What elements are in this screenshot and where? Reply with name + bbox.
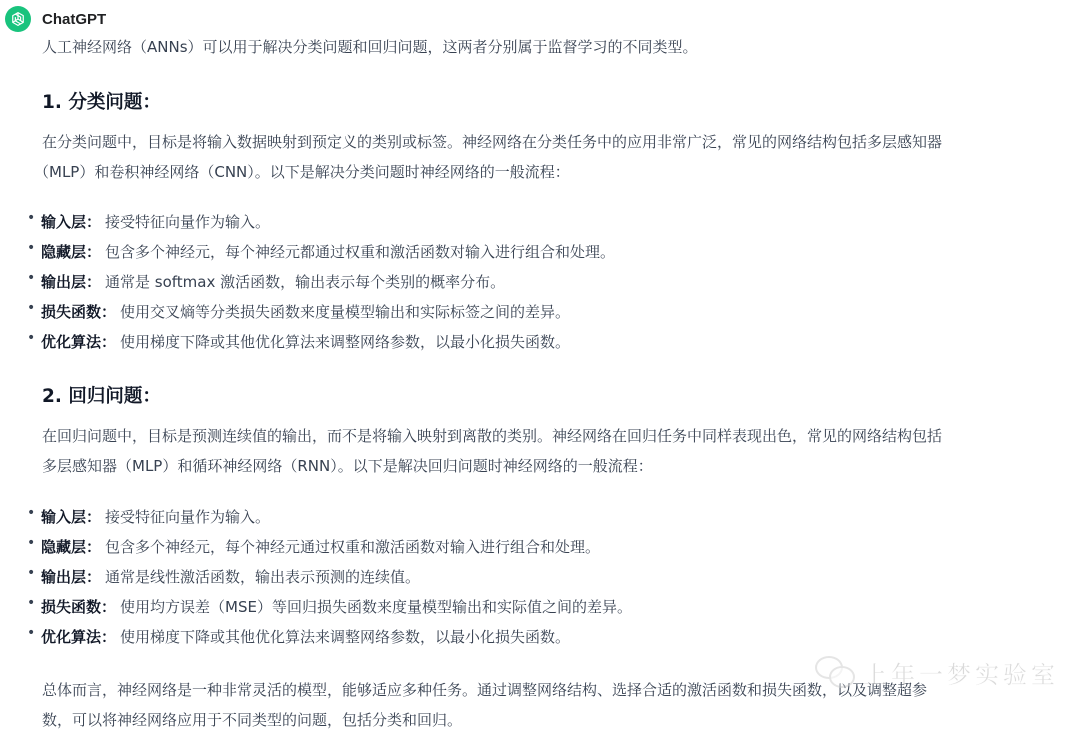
list-item: • 损失函数： 使用均方误差（MSE）等回归损失函数来度量模型输出和实际值之间的… [27, 592, 632, 622]
section-paragraph-line: 在分类问题中，目标是将输入数据映射到预定义的类别或标签。神经网络在分类任务中的应… [42, 127, 942, 157]
author-name: ChatGPT [42, 11, 106, 28]
list-item-label: 输入层： [41, 207, 101, 237]
list-item: • 输入层： 接受特征向量作为输入。 [27, 502, 270, 532]
list-item: • 优化算法： 使用梯度下降或其他优化算法来调整网络参数，以最小化损失函数。 [27, 327, 570, 357]
list-item: • 输入层： 接受特征向量作为输入。 [27, 207, 270, 237]
bullet-icon: • [27, 263, 41, 293]
intro-paragraph: 人工神经网络（ANNs）可以用于解决分类问题和回归问题，这两者分别属于监督学习的… [42, 32, 698, 62]
section-heading-regression: 2. 回归问题： [42, 382, 161, 412]
list-item: • 输出层： 通常是 softmax 激活函数，输出表示每个类别的概率分布。 [27, 267, 505, 297]
list-item-text: 通常是线性激活函数，输出表示预测的连续值。 [105, 562, 420, 592]
list-item-label: 隐藏层： [41, 532, 101, 562]
list-item-text: 使用梯度下降或其他优化算法来调整网络参数，以最小化损失函数。 [120, 622, 570, 652]
list-item-text: 包含多个神经元，每个神经元通过权重和激活函数对输入进行组合和处理。 [105, 532, 600, 562]
bullet-icon: • [27, 203, 41, 233]
conclusion-paragraph-line: 数，可以将神经网络应用于不同类型的问题，包括分类和回归。 [42, 705, 462, 730]
list-item: • 隐藏层： 包含多个神经元，每个神经元都通过权重和激活函数对输入进行组合和处理… [27, 237, 615, 267]
list-item-text: 使用梯度下降或其他优化算法来调整网络参数，以最小化损失函数。 [120, 327, 570, 357]
list-item-label: 输入层： [41, 502, 101, 532]
conclusion-paragraph-line: 总体而言，神经网络是一种非常灵活的模型，能够适应多种任务。通过调整网络结构、选择… [42, 675, 927, 705]
bullet-icon: • [27, 618, 41, 648]
openai-logo-icon [5, 6, 31, 32]
bullet-icon: • [27, 323, 41, 353]
list-item: • 优化算法： 使用梯度下降或其他优化算法来调整网络参数，以最小化损失函数。 [27, 622, 570, 652]
list-item-label: 损失函数： [41, 297, 116, 327]
list-item-label: 输出层： [41, 267, 101, 297]
list-item-text: 接受特征向量作为输入。 [105, 502, 270, 532]
list-item-label: 优化算法： [41, 327, 116, 357]
bullet-icon: • [27, 498, 41, 528]
bullet-icon: • [27, 293, 41, 323]
list-item-text: 包含多个神经元，每个神经元都通过权重和激活函数对输入进行组合和处理。 [105, 237, 615, 267]
bullet-icon: • [27, 233, 41, 263]
list-item-label: 隐藏层： [41, 237, 101, 267]
list-item-text: 通常是 softmax 激活函数，输出表示每个类别的概率分布。 [105, 267, 505, 297]
bullet-icon: • [27, 558, 41, 588]
list-item: • 输出层： 通常是线性激活函数，输出表示预测的连续值。 [27, 562, 420, 592]
list-item-label: 损失函数： [41, 592, 116, 622]
list-item: • 隐藏层： 包含多个神经元，每个神经元通过权重和激活函数对输入进行组合和处理。 [27, 532, 600, 562]
list-item-text: 使用交叉熵等分类损失函数来度量模型输出和实际标签之间的差异。 [120, 297, 570, 327]
section-paragraph-line: 在回归问题中，目标是预测连续值的输出，而不是将输入映射到离散的类别。神经网络在回… [42, 421, 942, 451]
list-item-label: 优化算法： [41, 622, 116, 652]
section-paragraph-line: 多层感知器（MLP）和循环神经网络（RNN）。以下是解决回归问题时神经网络的一般… [42, 451, 653, 481]
list-item-text: 使用均方误差（MSE）等回归损失函数来度量模型输出和实际值之间的差异。 [120, 592, 632, 622]
section-paragraph-line: （MLP）和卷积神经网络（CNN）。以下是解决分类问题时神经网络的一般流程： [34, 157, 570, 187]
list-item: • 损失函数： 使用交叉熵等分类损失函数来度量模型输出和实际标签之间的差异。 [27, 297, 570, 327]
bullet-icon: • [27, 528, 41, 558]
list-item-text: 接受特征向量作为输入。 [105, 207, 270, 237]
bullet-icon: • [27, 588, 41, 618]
list-item-label: 输出层： [41, 562, 101, 592]
message-header: ChatGPT [5, 6, 106, 32]
section-heading-classification: 1. 分类问题： [42, 88, 161, 118]
